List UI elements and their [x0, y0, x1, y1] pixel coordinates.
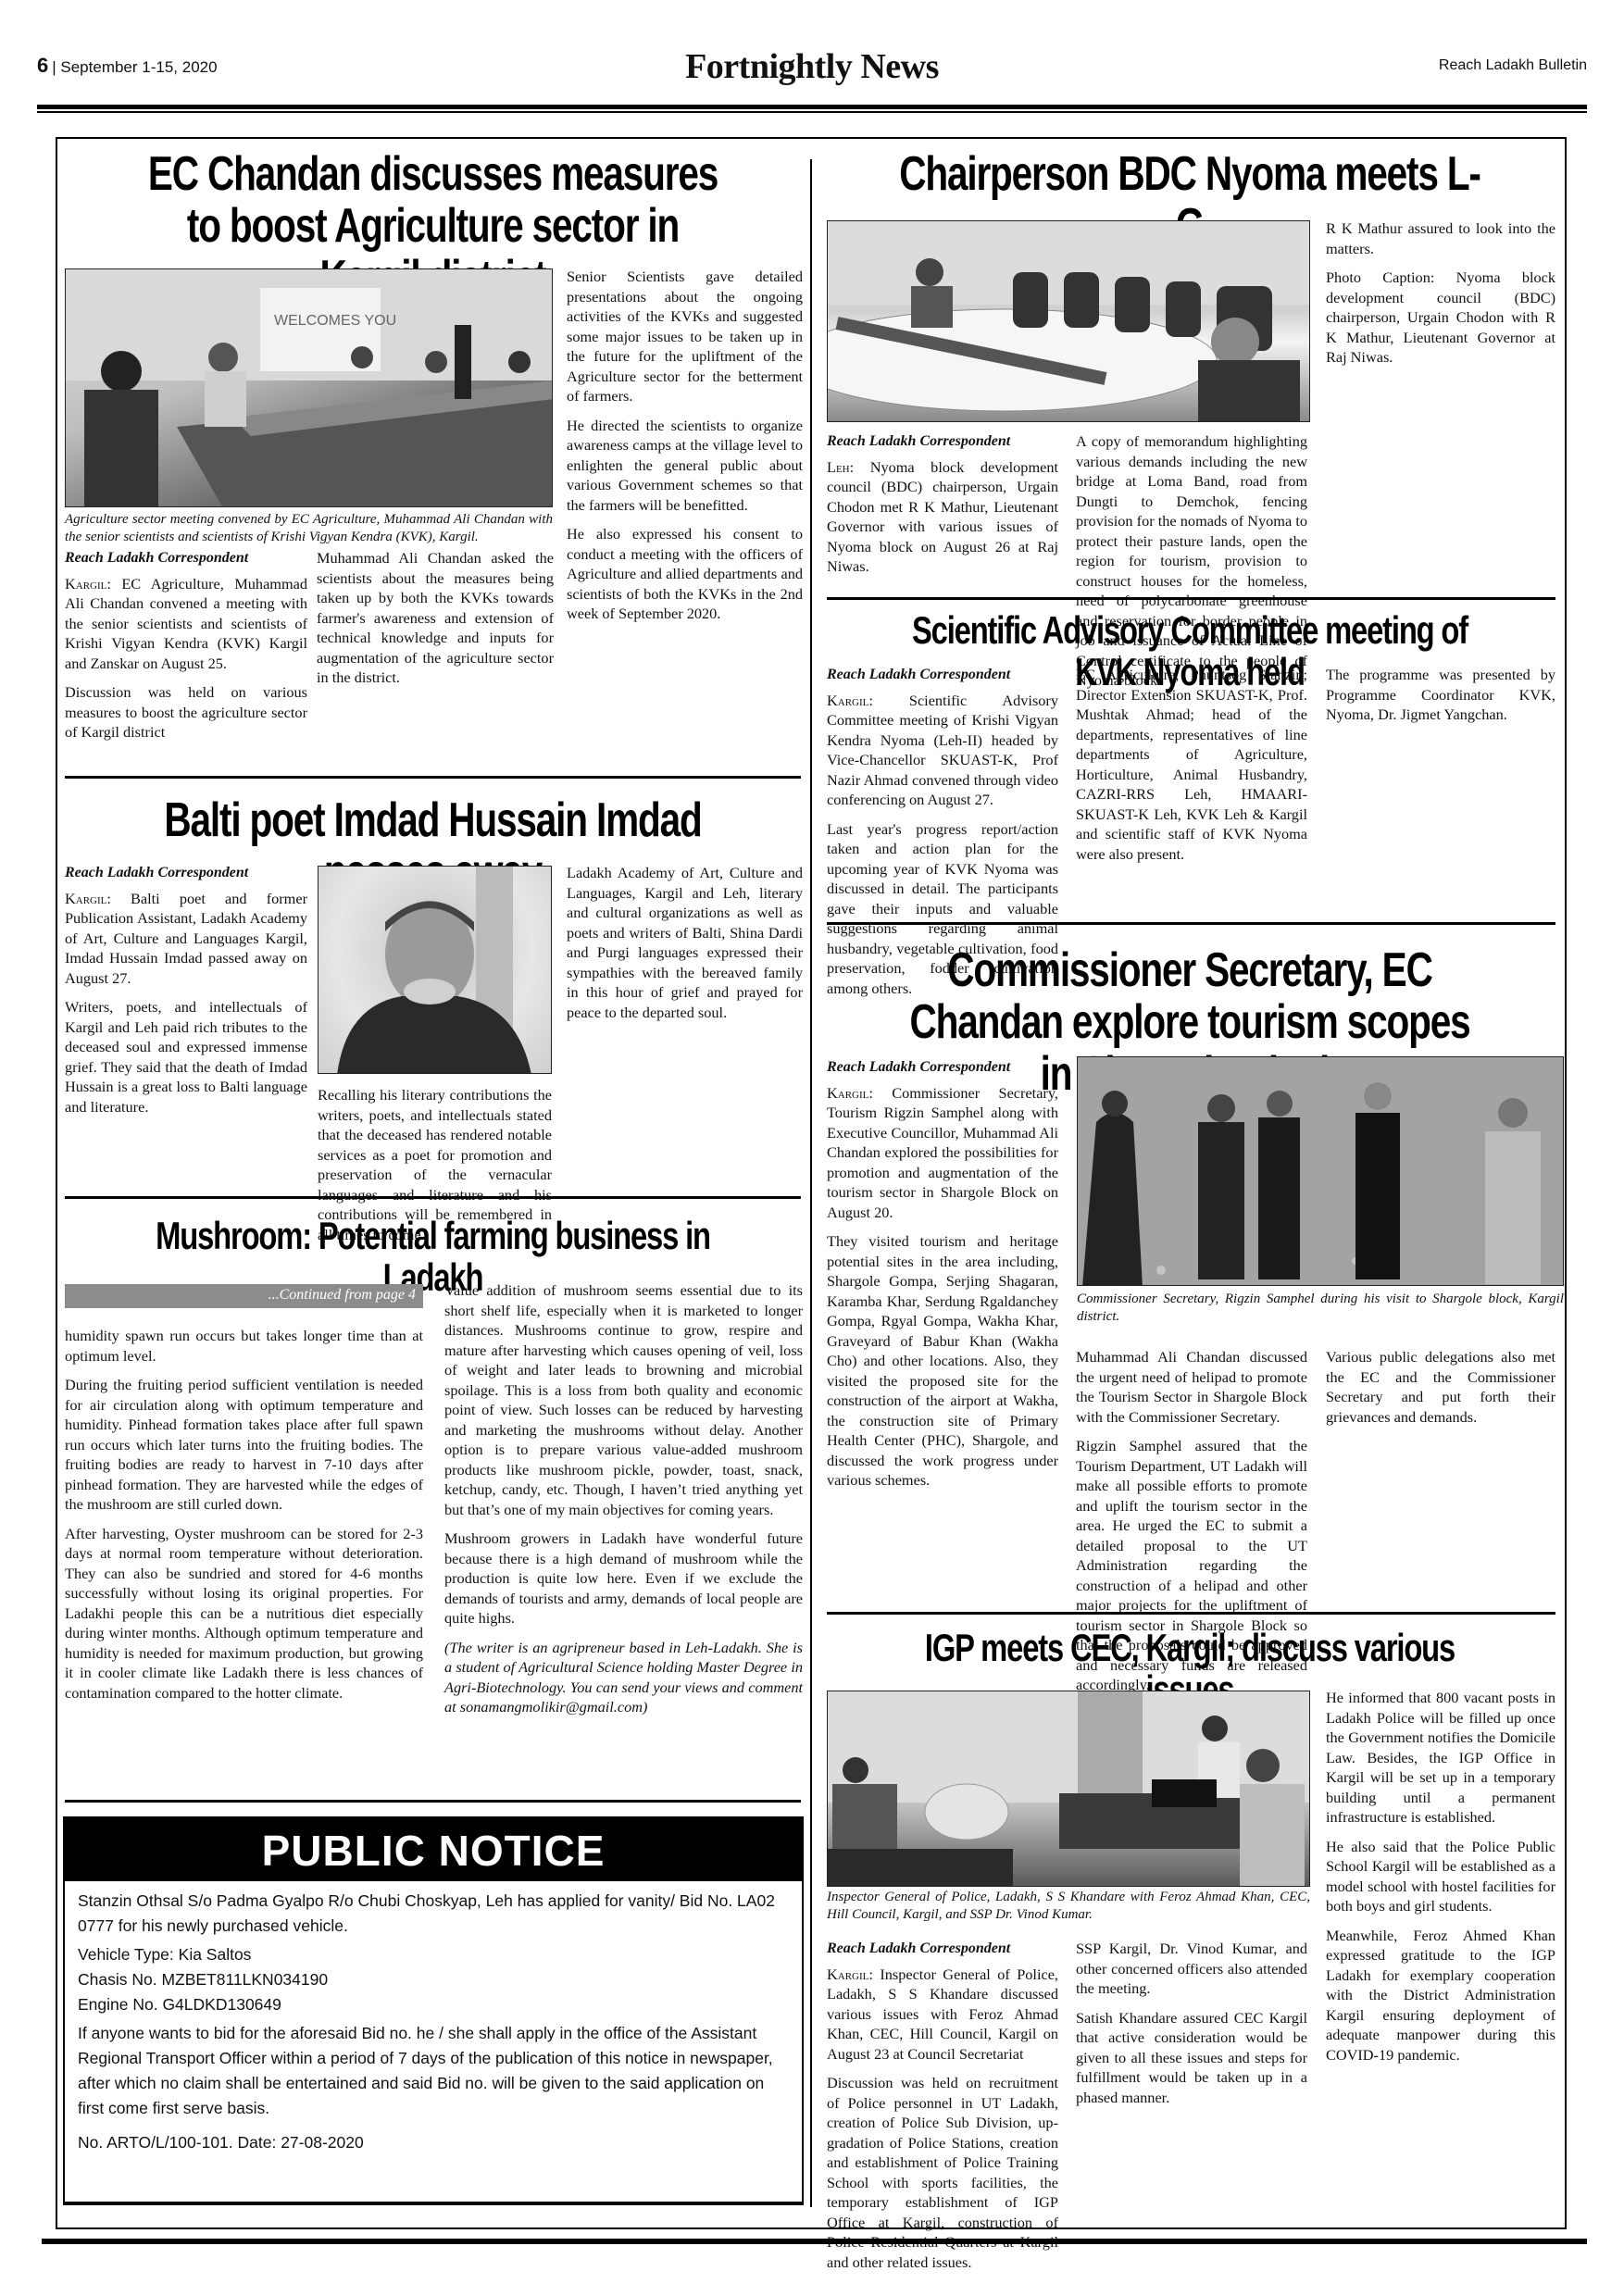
paragraph: He also said that the Police Public Scho…	[1326, 1837, 1555, 1916]
paragraph: They visited tourism and heritage potent…	[827, 1231, 1058, 1491]
paragraph: R K Mathur assured to look into the matt…	[1326, 218, 1555, 258]
paragraph: He directed the scientists to organize a…	[567, 416, 803, 516]
article-column: Reach Ladakh Correspondent Kargil: Commi…	[827, 1057, 1058, 1500]
paragraph: Muhammad Ali Chandan discussed the urgen…	[1076, 1347, 1307, 1427]
paragraph: EC Agriculture, Phuntsog Stanzin; Direct…	[1076, 665, 1307, 864]
dateline: Kargil:	[827, 1084, 873, 1102]
public-notice-body: Stanzin Othsal S/o Padma Gyalpo R/o Chub…	[65, 1881, 802, 2166]
photo-meeting-room: WELCOMES YOU	[65, 268, 553, 507]
author-note: (The writer is an agripreneur based in L…	[444, 1638, 803, 1717]
article-column: Ladakh Academy of Art, Culture and Langu…	[567, 863, 803, 1031]
paragraph: Value addition of mushroom seems essenti…	[444, 1280, 803, 1519]
article-column: Reach Ladakh Correspondent Kargil: Inspe…	[827, 1939, 1058, 2281]
article-column: Reach Ladakh Correspondent Kargil: Balti…	[65, 863, 307, 1126]
byline: Reach Ladakh Correspondent	[65, 863, 307, 883]
site-visit-illustration	[1078, 1057, 1564, 1286]
article-column: Senior Scientists gave detailed presenta…	[567, 267, 803, 633]
dateline: Kargil:	[65, 890, 111, 907]
paragraph: SSP Kargil, Dr. Vinod Kumar, and other c…	[1076, 1939, 1307, 1999]
notice-applicant: Stanzin Othsal S/o Padma Gyalpo R/o Chub…	[78, 1889, 789, 1939]
paragraph: After harvesting, Oyster mushroom can be…	[65, 1524, 423, 1703]
article-column: Reach Ladakh Correspondent Kargil: EC Ag…	[65, 548, 307, 752]
meeting-room-illustration: WELCOMES YOU	[66, 269, 553, 507]
section-divider	[827, 597, 1555, 600]
notice-terms: If anyone wants to bid for the aforesaid…	[78, 2021, 789, 2121]
masthead-rule-thin	[37, 111, 1587, 113]
office-meeting-illustration	[828, 1691, 1310, 1887]
notice-chasis-number: Chasis No. MZBET811LKN034190	[78, 1967, 789, 1992]
paragraph: During the fruiting period sufficient ve…	[65, 1375, 423, 1515]
continued-from-label[interactable]: ...Continued from page 4	[65, 1284, 423, 1308]
dateline: Leh:	[827, 458, 854, 476]
section-divider	[65, 1800, 801, 1803]
paragraph: Discussion was held on various measures …	[65, 682, 307, 742]
paragraph: Various public delegations also met the …	[1326, 1347, 1555, 1427]
paragraph: Senior Scientists gave detailed presenta…	[567, 267, 803, 406]
paragraph: He also expressed his consent to conduct…	[567, 524, 803, 624]
masthead-rule	[37, 105, 1587, 109]
section-divider	[827, 1612, 1555, 1615]
dateline: Kargil:	[65, 575, 111, 593]
notice-vehicle-type: Vehicle Type: Kia Saltos	[78, 1942, 789, 1967]
article-column: Various public delegations also met the …	[1326, 1347, 1555, 1436]
paragraph: Nyoma block development council (BDC) ch…	[827, 458, 1058, 576]
paragraph: Commissioner Secretary, Tourism Rigzin S…	[827, 1084, 1058, 1221]
paragraph: He informed that 800 vacant posts in Lad…	[1326, 1688, 1555, 1828]
footer-rule	[42, 2239, 1587, 2244]
public-notice-title: PUBLIC NOTICE	[65, 1818, 802, 1881]
article-column: R K Mathur assured to look into the matt…	[1326, 218, 1555, 377]
photo-portrait	[318, 866, 552, 1074]
svg-text:WELCOMES YOU: WELCOMES YOU	[274, 313, 396, 329]
article-column: The programme was presented by Programme…	[1326, 665, 1555, 734]
paragraph: Mushroom growers in Ladakh have wonderfu…	[444, 1529, 803, 1628]
byline: Reach Ladakh Correspondent	[827, 665, 1058, 685]
article-column: SSP Kargil, Dr. Vinod Kumar, and other c…	[1076, 1939, 1307, 2116]
byline: Reach Ladakh Correspondent	[827, 1057, 1058, 1078]
section-title: Fortnightly News	[0, 46, 1624, 87]
caption-ec-chandan: Agriculture sector meeting convened by E…	[65, 511, 553, 546]
article-column: Value addition of mushroom seems essenti…	[444, 1280, 803, 1727]
photo-conference-table	[827, 220, 1310, 422]
caption-shargole: Commissioner Secretary, Rigzin Samphel d…	[1077, 1291, 1564, 1326]
section-divider	[827, 922, 1555, 925]
paragraph: Muhammad Ali Chandan asked the scientist…	[317, 548, 554, 688]
portrait-illustration	[319, 867, 552, 1074]
article-column: Reach Ladakh Correspondent Leh: Nyoma bl…	[827, 431, 1058, 586]
article-column: humidity spawn run occurs but takes long…	[65, 1326, 423, 1712]
article-column: He informed that 800 vacant posts in Lad…	[1326, 1688, 1555, 2074]
notice-engine-number: Engine No. G4LDKD130649	[78, 1992, 789, 2017]
photo-office-meeting	[827, 1691, 1310, 1887]
section-divider	[65, 1196, 801, 1199]
public-notice: PUBLIC NOTICE Stanzin Othsal S/o Padma G…	[63, 1816, 804, 2205]
paragraph: Meanwhile, Feroz Ahmed Khan expressed gr…	[1326, 1926, 1555, 2065]
paragraph: humidity spawn run occurs but takes long…	[65, 1326, 423, 1366]
byline: Reach Ladakh Correspondent	[65, 548, 307, 568]
notice-reference: No. ARTO/L/100-101. Date: 27-08-2020	[78, 2130, 789, 2155]
paragraph: The programme was presented by Programme…	[1326, 665, 1555, 725]
column-divider	[810, 159, 812, 2207]
dateline: Kargil:	[827, 692, 873, 709]
caption-igp: Inspector General of Police, Ladakh, S S…	[827, 1889, 1310, 1924]
paragraph: Satish Khandare assured CEC Kargil that …	[1076, 2008, 1307, 2108]
section-divider	[65, 776, 801, 779]
conference-table-illustration	[828, 221, 1310, 422]
byline: Reach Ladakh Correspondent	[827, 431, 1058, 452]
article-column: Muhammad Ali Chandan asked the scientist…	[317, 548, 554, 697]
paragraph: Ladakh Academy of Art, Culture and Langu…	[567, 863, 803, 1022]
dateline: Kargil:	[827, 1965, 873, 1983]
paragraph: Photo Caption: Nyoma block development c…	[1326, 268, 1555, 368]
paragraph: Writers, poets, and intellectuals of Kar…	[65, 997, 307, 1117]
article-column: EC Agriculture, Phuntsog Stanzin; Direct…	[1076, 665, 1307, 873]
photo-site-visit	[1077, 1056, 1564, 1286]
byline: Reach Ladakh Correspondent	[827, 1939, 1058, 1959]
publication-name: Reach Ladakh Bulletin	[1439, 57, 1587, 74]
